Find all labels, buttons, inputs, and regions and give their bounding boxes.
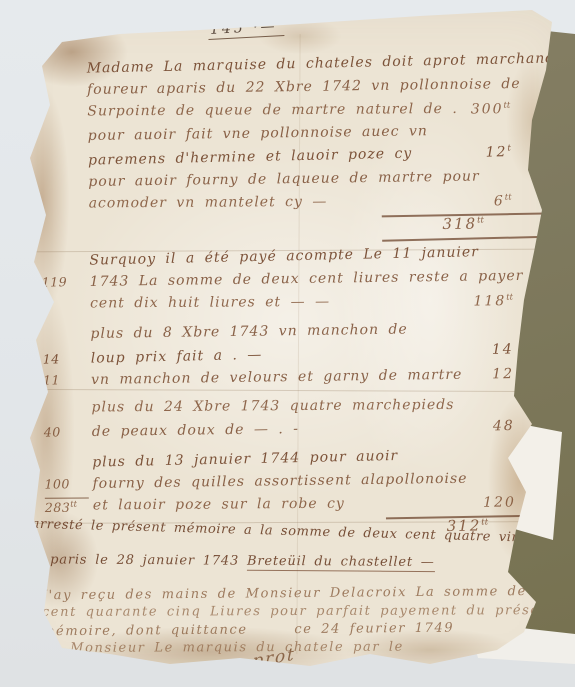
receipt-line: cent quarante cinq Liures pour parfait p… bbox=[42, 603, 564, 623]
ledger-amount: 14 bbox=[492, 341, 514, 357]
closing-date-signature: =a paris le 28 januier 1743 Breteüil du … bbox=[12, 552, 552, 571]
ledger-line-text: de peaux doux de — . - bbox=[92, 421, 299, 440]
ledger-amount: 118tt bbox=[473, 293, 513, 310]
folio-suffix-mark: ·— bbox=[245, 18, 278, 36]
ledger-amount: 12 bbox=[492, 366, 514, 382]
ledger-line-text: pour auoir fait vne pollonnoise auec vn bbox=[88, 123, 428, 144]
chastellet-signature: Breteüil du chastellet — bbox=[247, 554, 435, 572]
receipt-note: J'ay reçu des mains de Monsieur Delacroi… bbox=[42, 584, 565, 661]
ledger-line-text: Surpointe de queue de martre naturel de … bbox=[87, 101, 457, 120]
ledger-amount: 48 bbox=[493, 418, 515, 434]
sum-rule bbox=[382, 235, 558, 241]
ledger-amount: 318tt bbox=[442, 214, 484, 233]
ledger-line-text: plus du 8 Xbre 1743 vn manchon de bbox=[90, 322, 408, 342]
ledger-line-text: cent dix huit liures et — — bbox=[90, 294, 330, 312]
ledger-line-text: plus du 24 Xbre 1743 quatre marchepieds bbox=[91, 397, 454, 416]
ledger-amount: 120 bbox=[483, 495, 516, 511]
ledger-line-text: acomoder vn mantelet cy — bbox=[89, 194, 328, 212]
ledger-row: 40de peaux doux de — . -48 bbox=[92, 418, 515, 447]
ledger-total-row: 318tt bbox=[89, 214, 512, 245]
ledger-line-text: Surquoy il a été payé acompte Le 11 janu… bbox=[89, 244, 479, 268]
ledger-row: 11vn manchon de velours et garny de mart… bbox=[91, 366, 514, 395]
margin-mark: = bbox=[10, 516, 22, 531]
margin-mark: = bbox=[12, 552, 24, 567]
margin-amount: 40 bbox=[44, 424, 88, 440]
folio-value: 145 bbox=[210, 20, 247, 38]
ledger-row: cent dix huit liures et — —118tt bbox=[90, 293, 513, 319]
manuscript-paper: 24 feurier 1749 145 ·— Madame La marquis… bbox=[0, 0, 575, 687]
margin-amount: 11 bbox=[43, 372, 87, 388]
ledger-amount: 6tt bbox=[494, 193, 512, 210]
margin-amount: 14 bbox=[43, 351, 87, 367]
ledger-amount: 12t bbox=[485, 143, 511, 160]
margin-amount: 119 bbox=[42, 274, 86, 290]
margin-amount: 283tt bbox=[45, 497, 89, 514]
photo-of-document: 24 feurier 1749 145 ·— Madame La marquis… bbox=[0, 0, 575, 687]
margin-amount: 100 bbox=[44, 476, 88, 492]
ledger-rows: Madame La marquise du chateles doit apro… bbox=[87, 53, 517, 547]
ledger-line-text: plus du 13 januier 1744 pour auoir bbox=[92, 448, 398, 471]
ledger-line-text: Madame La marquise du chateles doit apro… bbox=[87, 50, 556, 76]
header-folio-amount: 145 ·— bbox=[208, 18, 284, 40]
ledger-amount: 300tt bbox=[471, 101, 511, 118]
closing-date-text: a paris le 28 januier 1743 bbox=[34, 552, 240, 568]
ledger-line-text: loup prix fait a . — bbox=[91, 347, 263, 367]
header-date-note: 24 feurier 1749 bbox=[16, 18, 119, 35]
ledger-line-text: et lauoir poze sur la robe cy bbox=[93, 496, 345, 514]
